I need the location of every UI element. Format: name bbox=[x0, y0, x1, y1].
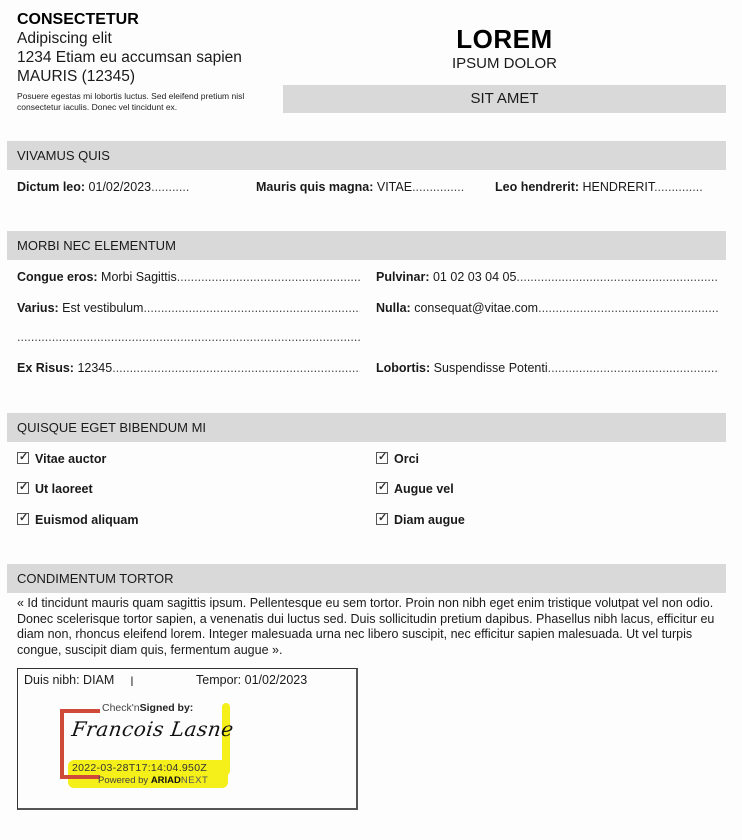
checkbox-label: Euismod aliquam bbox=[35, 513, 139, 527]
checkbox-checked-icon[interactable] bbox=[17, 513, 29, 525]
section-header-morbi: MORBI NEC ELEMENTUM bbox=[7, 231, 726, 260]
field-value: VITAE bbox=[377, 180, 412, 194]
document-type-bar: SIT AMET bbox=[283, 85, 726, 113]
field-label: Pulvinar: bbox=[376, 270, 430, 284]
field-varius: Varius: Est vestibulum..................… bbox=[17, 300, 360, 316]
checkbox-label: Vitae auctor bbox=[35, 452, 106, 466]
handwritten-signature: Francois Lasne bbox=[70, 717, 235, 741]
duis-nibh-field: Duis nibh: DIAM bbox=[24, 673, 114, 687]
company-address: 1234 Etiam eu accumsan sapien bbox=[17, 48, 287, 67]
field-value: 01/02/2023 bbox=[89, 180, 152, 194]
checkbox-label: Diam augue bbox=[394, 513, 465, 527]
checkbox-orci[interactable]: Orci bbox=[376, 451, 419, 467]
leader-dots: ........................................… bbox=[516, 270, 719, 284]
field-label: Dictum leo: bbox=[17, 180, 85, 194]
company-name: CONSECTETUR bbox=[17, 10, 287, 29]
quote-paragraph: « Id tincidunt mauris quam sagittis ipsu… bbox=[17, 596, 727, 658]
leader-dots: ........................................… bbox=[548, 361, 719, 375]
tempor-field: Tempor: 01/02/2023 bbox=[196, 673, 307, 687]
field-value: 12345 bbox=[77, 361, 112, 375]
section-header-condimentum: CONDIMENTUM TORTOR bbox=[7, 564, 726, 593]
brand-prefix: Check'n bbox=[102, 702, 140, 714]
document-subtitle: IPSUM DOLOR bbox=[283, 54, 726, 73]
leader-dots: ............... bbox=[412, 180, 464, 194]
stamp-bracket-icon bbox=[60, 775, 100, 779]
checkbox-checked-icon[interactable] bbox=[17, 452, 29, 464]
text-cursor-icon: I bbox=[130, 673, 134, 689]
field-label: Leo hendrerit: bbox=[495, 180, 579, 194]
field-value: 01 02 03 04 05 bbox=[433, 270, 516, 284]
checkbox-checked-icon[interactable] bbox=[376, 513, 388, 525]
brand-light: NEXT bbox=[181, 775, 208, 786]
field-value: Est vestibulum bbox=[62, 301, 143, 315]
section-header-vivamus: VIVAMUS QUIS bbox=[7, 141, 726, 170]
signed-by-text: Signed by: bbox=[140, 702, 194, 714]
leader-dots: ........... bbox=[151, 180, 189, 194]
field-value: consequat@vitae.com bbox=[414, 301, 538, 315]
field-label: Ex Risus: bbox=[17, 361, 74, 375]
brand-bold: ARIAD bbox=[151, 775, 181, 786]
checkbox-label: Augue vel bbox=[394, 482, 454, 496]
powered-by: Powered by ARIADNEXT bbox=[98, 775, 208, 786]
checkbox-vitae-auctor[interactable]: Vitae auctor bbox=[17, 451, 106, 467]
checkbox-label: Orci bbox=[394, 452, 419, 466]
field-pulvinar: Pulvinar: 01 02 03 04 05................… bbox=[376, 269, 719, 285]
field-value: Morbi Sagittis bbox=[101, 270, 177, 284]
field-value: Suspendisse Potenti bbox=[434, 361, 548, 375]
signed-by-label: Check'nSigned by: bbox=[102, 702, 193, 714]
powered-by-label: Powered by bbox=[98, 775, 148, 786]
section-header-quisque: QUISQUE EGET BIBENDUM MI bbox=[7, 413, 726, 442]
field-label: Mauris quis magna: bbox=[256, 180, 373, 194]
field-mauris-quis-magna: Mauris quis magna: VITAE............... bbox=[256, 179, 464, 195]
signature-timestamp: 2022-03-28T17:14:04.950Z bbox=[72, 762, 207, 774]
checkbox-checked-icon[interactable] bbox=[376, 482, 388, 494]
field-nulla: Nulla: consequat@vitae.com..............… bbox=[376, 300, 719, 316]
company-block: CONSECTETUR Adipiscing elit 1234 Etiam e… bbox=[17, 10, 287, 113]
field-leo-hendrerit: Leo hendrerit: HENDRERIT.............. bbox=[495, 179, 703, 195]
field-dictum-leo: Dictum leo: 01/02/2023........... bbox=[17, 179, 189, 195]
leader-dots: ........................................… bbox=[177, 270, 360, 284]
document-title: LOREM bbox=[283, 24, 726, 54]
checkbox-label: Ut laoreet bbox=[35, 482, 93, 496]
field-label: Congue eros: bbox=[17, 270, 98, 284]
field-label: Lobortis: bbox=[376, 361, 430, 375]
field-varius-continuation: ........................................… bbox=[17, 329, 360, 345]
stamp-bracket-icon bbox=[60, 709, 64, 779]
leader-dots: ........................................… bbox=[17, 330, 360, 344]
checkbox-ut-laoreet[interactable]: Ut laoreet bbox=[17, 481, 93, 497]
field-lobortis: Lobortis: Suspendisse Potenti...........… bbox=[376, 360, 719, 376]
checkbox-euismod-aliquam[interactable]: Euismod aliquam bbox=[17, 512, 139, 528]
company-tagline: Adipiscing elit bbox=[17, 29, 287, 48]
esignature-stamp[interactable]: Check'nSigned by: Francois Lasne 2022-03… bbox=[60, 703, 230, 789]
field-value: HENDRERIT bbox=[583, 180, 655, 194]
company-note: Posuere egestas mi lobortis luctus. Sed … bbox=[17, 91, 287, 113]
signature-box: Duis nibh: DIAM I Tempor: 01/02/2023 Che… bbox=[17, 668, 358, 810]
leader-dots: ........................................… bbox=[143, 301, 360, 315]
company-city: MAURIS (12345) bbox=[17, 67, 287, 86]
checkbox-checked-icon[interactable] bbox=[376, 452, 388, 464]
checkbox-augue-vel[interactable]: Augue vel bbox=[376, 481, 454, 497]
checkbox-checked-icon[interactable] bbox=[17, 482, 29, 494]
field-ex-risus: Ex Risus: 12345.........................… bbox=[17, 360, 360, 376]
leader-dots: .............. bbox=[654, 180, 703, 194]
field-label: Nulla: bbox=[376, 301, 411, 315]
leader-dots: ........................................… bbox=[538, 301, 719, 315]
stamp-bracket-icon bbox=[60, 709, 100, 713]
document-title-block: LOREM IPSUM DOLOR bbox=[283, 24, 726, 73]
checkbox-diam-augue[interactable]: Diam augue bbox=[376, 512, 465, 528]
field-congue-eros: Congue eros: Morbi Sagittis.............… bbox=[17, 269, 360, 285]
leader-dots: ........................................… bbox=[112, 361, 360, 375]
field-label: Varius: bbox=[17, 301, 59, 315]
